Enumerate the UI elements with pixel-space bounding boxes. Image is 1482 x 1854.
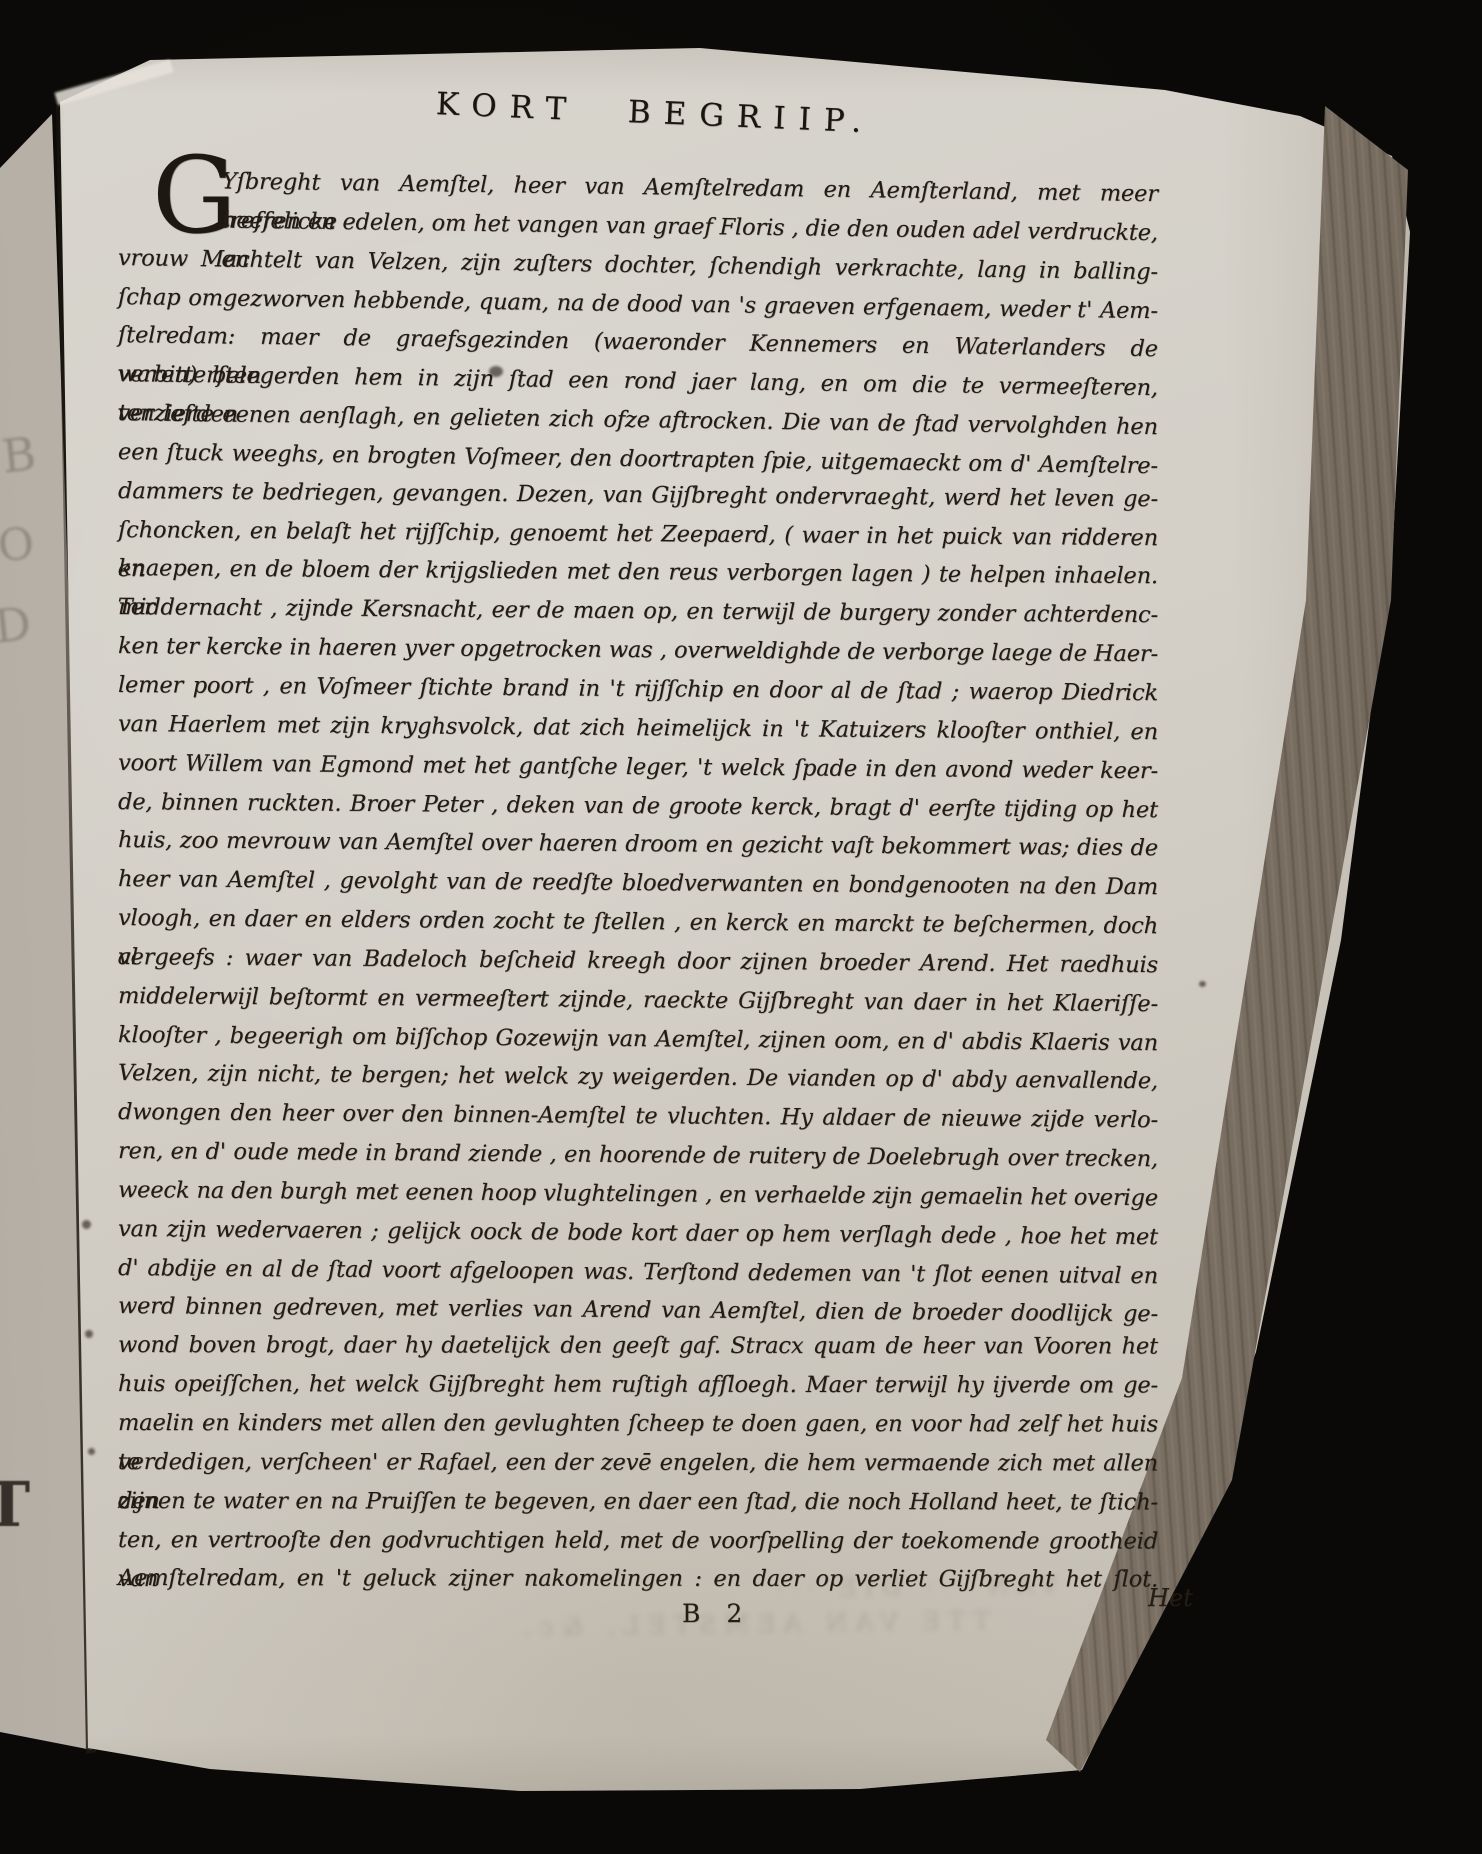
text-line: Aemſtelredam, en 't geluck zijner nakome… xyxy=(118,1559,1158,1599)
book-photo: B O D T ··· VAN ··· DIE ··· TTE VAN AEMS… xyxy=(0,0,1482,1854)
body-text-block: Yſbreght van Aemſtel, heer van Aemſtelre… xyxy=(118,161,1158,1598)
body-text: G Yſbreght van Aemſtel, heer van Aemſtel… xyxy=(118,161,1158,1598)
text-line: wond boven brogt, daer hy daetelijck den… xyxy=(118,1326,1158,1366)
facing-page-ghost-letter: B xyxy=(0,426,39,483)
signature-mark: B 2 xyxy=(682,1599,751,1628)
facing-page-ghost-letter: D xyxy=(0,596,34,654)
text-line: verdedigen, verſcheen' er Rafael, een de… xyxy=(118,1443,1158,1483)
text-line: zijnen te water en na Pruiſſen te begeve… xyxy=(118,1482,1158,1522)
left-edge-letter: T xyxy=(0,1468,30,1541)
stitch-mark xyxy=(88,1448,95,1455)
text-line: ten, en vertrooſte den godvruchtigen hel… xyxy=(118,1521,1158,1561)
paper-speck xyxy=(1199,981,1206,987)
stitch-mark xyxy=(85,1330,93,1338)
catchword: Het xyxy=(1148,1584,1193,1612)
stitch-mark xyxy=(82,1220,91,1229)
text-line: maelin en kinders met allen den gevlught… xyxy=(118,1404,1158,1444)
text-line: huis opeiſſchen, het welck Gijſbreght he… xyxy=(118,1365,1158,1405)
facing-page-ghost-letter: O xyxy=(0,518,37,572)
